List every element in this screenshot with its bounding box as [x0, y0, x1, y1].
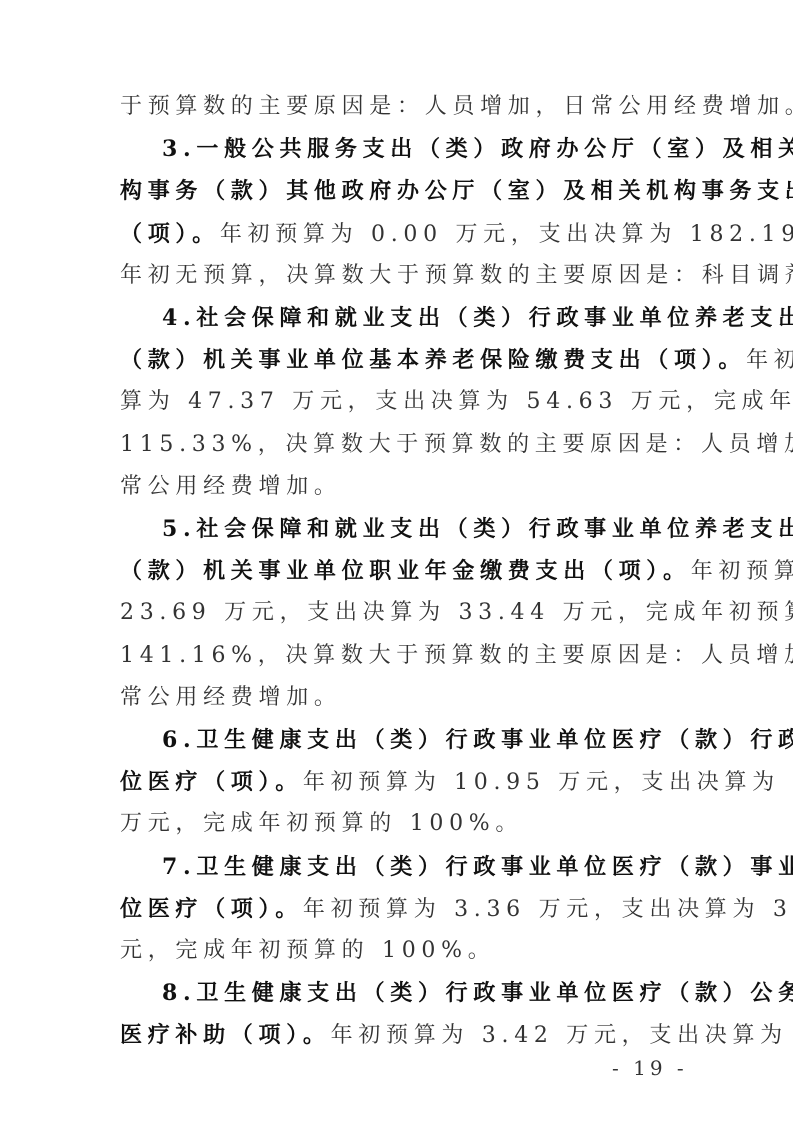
text-line: 算为 47.37 万元，支出决算为 54.63 万元，完成年初预算的: [120, 378, 680, 426]
text-line: 6.卫生健康支出（类）行政事业单位医疗（款）行政单: [162, 716, 680, 764]
body-text-span: 年初预算为 3.42 万元，支出决算为 3.42: [331, 1023, 793, 1048]
body-text-span: 年初预算为 0.00 万元，支出决算为 182.19 万元，: [220, 222, 793, 247]
text-line: 医疗补助（项）。年初预算为 3.42 万元，支出决算为 3.42: [120, 1011, 680, 1059]
bold-heading-text: 构事务（款）其他政府办公厅（室）及相关机构事务支出: [120, 178, 793, 204]
body-text-span: 年初预算为: [691, 559, 793, 584]
body-text-span: 115.33%，决算数大于预算数的主要原因是：人员增加，日: [120, 432, 793, 457]
text-line: 于预算数的主要原因是：人员增加，日常公用经费增加。: [120, 83, 680, 131]
bold-heading-text: 5.社会保障和就业支出（类）行政事业单位养老支出: [162, 516, 793, 542]
text-line: 万元，完成年初预算的 100%。: [120, 800, 680, 848]
bold-heading-text: 位医疗（项）。: [120, 769, 303, 795]
body-text-span: 年初预: [746, 348, 793, 373]
body-text-span: 年初无预算，决算数大于预算数的主要原因是：科目调剂。: [120, 263, 793, 288]
text-line: 年初无预算，决算数大于预算数的主要原因是：科目调剂。: [120, 252, 680, 300]
text-line: 3.一般公共服务支出（类）政府办公厅（室）及相关机: [162, 125, 680, 173]
text-line: 23.69 万元，支出决算为 33.44 万元，完成年初预算的: [120, 589, 680, 637]
body-text-span: 141.16%，决算数大于预算数的主要原因是：人员增加，日: [120, 643, 793, 668]
text-line: 141.16%，决算数大于预算数的主要原因是：人员增加，日: [120, 632, 680, 680]
text-line: 常公用经费增加。: [120, 674, 680, 722]
bold-heading-text: （款）机关事业单位职业年金缴费支出（项）。: [120, 558, 691, 584]
bold-heading-text: 7.卫生健康支出（类）行政事业单位医疗（款）事业单: [162, 854, 793, 880]
bold-heading-text: 8.卫生健康支出（类）行政事业单位医疗（款）公务员: [162, 980, 793, 1006]
body-text-span: 常公用经费增加。: [120, 474, 342, 499]
body-text-span: 年初预算为 3.36 万元，支出决算为 3.36 万: [303, 897, 793, 922]
bold-heading-text: 4.社会保障和就业支出（类）行政事业单位养老支出: [162, 305, 793, 331]
bold-heading-text: 医疗补助（项）。: [120, 1022, 331, 1048]
body-text-span: 于预算数的主要原因是：人员增加，日常公用经费增加。: [120, 94, 793, 119]
body-text-span: 算为 47.37 万元，支出决算为 54.63 万元，完成年初预算的: [120, 389, 793, 414]
text-line: 构事务（款）其他政府办公厅（室）及相关机构事务支出: [120, 167, 680, 215]
text-line: 位医疗（项）。年初预算为 3.36 万元，支出决算为 3.36 万: [120, 885, 680, 933]
body-text-span: 年初预算为 10.95 万元，支出决算为 10.95: [303, 770, 793, 795]
document-page: 于预算数的主要原因是：人员增加，日常公用经费增加。3.一般公共服务支出（类）政府…: [0, 0, 793, 1122]
text-line: 元，完成年初预算的 100%。: [120, 927, 680, 975]
bold-heading-text: 6.卫生健康支出（类）行政事业单位医疗（款）行政单: [162, 727, 793, 753]
text-line: （款）机关事业单位职业年金缴费支出（项）。年初预算为: [120, 547, 680, 595]
bold-heading-text: 位医疗（项）。: [120, 896, 303, 922]
text-line: 位医疗（项）。年初预算为 10.95 万元，支出决算为 10.95: [120, 758, 680, 806]
text-line: （项）。年初预算为 0.00 万元，支出决算为 182.19 万元，: [120, 210, 680, 258]
text-line: 4.社会保障和就业支出（类）行政事业单位养老支出: [162, 294, 680, 342]
body-text-span: 元，完成年初预算的 100%。: [120, 938, 495, 963]
text-line: 115.33%，决算数大于预算数的主要原因是：人员增加，日: [120, 421, 680, 469]
text-line: （款）机关事业单位基本养老保险缴费支出（项）。年初预: [120, 336, 680, 384]
body-text-span: 万元，完成年初预算的 100%。: [120, 811, 523, 836]
body-text-span: 常公用经费增加。: [120, 685, 342, 710]
bold-heading-text: （项）。: [120, 221, 220, 247]
page-number: - 19 -: [612, 1056, 688, 1080]
text-line: 5.社会保障和就业支出（类）行政事业单位养老支出: [162, 505, 680, 553]
bold-heading-text: 3.一般公共服务支出（类）政府办公厅（室）及相关机: [162, 136, 793, 162]
text-line: 8.卫生健康支出（类）行政事业单位医疗（款）公务员: [162, 969, 680, 1017]
body-text-span: 23.69 万元，支出决算为 33.44 万元，完成年初预算的: [120, 600, 793, 625]
text-line: 7.卫生健康支出（类）行政事业单位医疗（款）事业单: [162, 843, 680, 891]
bold-heading-text: （款）机关事业单位基本养老保险缴费支出（项）。: [120, 347, 746, 373]
text-line: 常公用经费增加。: [120, 463, 680, 511]
